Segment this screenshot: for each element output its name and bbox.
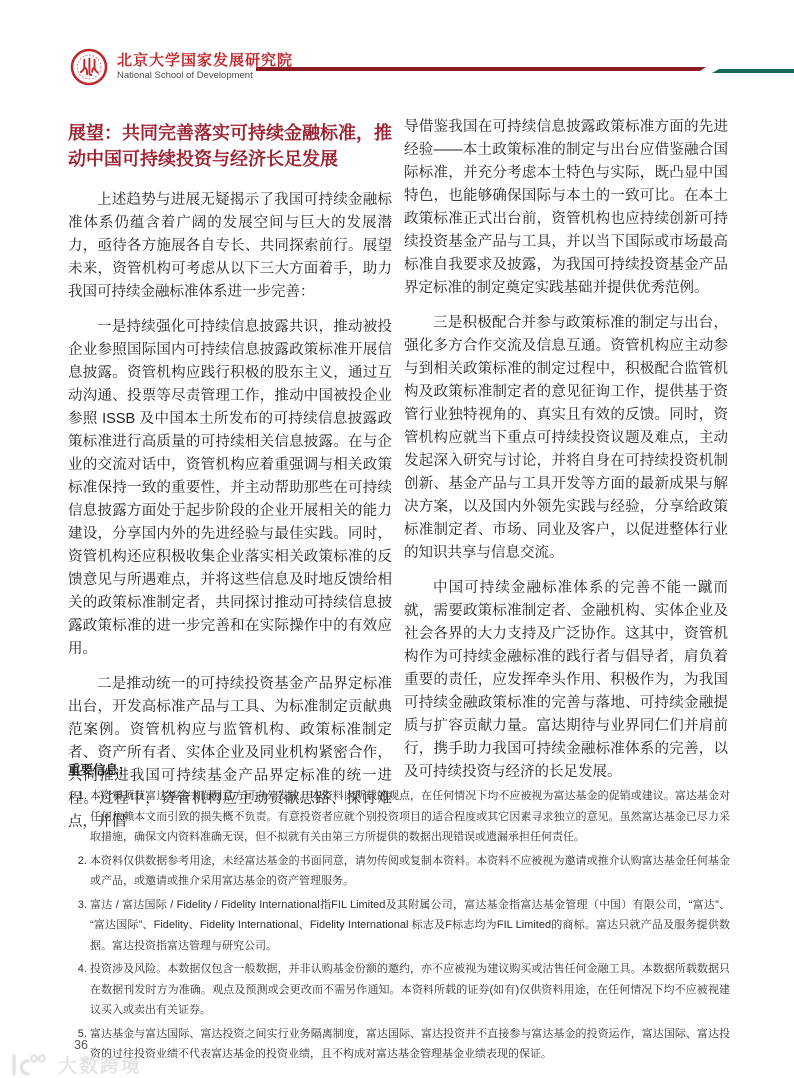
- header-rule-red: [256, 67, 706, 71]
- right-column: 导借鉴我国在可持续信息披露政策标准方面的先进经验——本土政策标准的制定与出台应借…: [404, 116, 728, 846]
- pku-seal-icon: [70, 48, 108, 86]
- paragraph: 一是持续强化可持续信息披露共识，推动被投企业参照国际国内可持续信息披露政策标准开…: [68, 316, 392, 661]
- paragraph: 三是积极配合并参与政策标准的制定与出台，强化多方合作交流及信息互通。资管机构应主…: [404, 312, 728, 565]
- disclaimer-item: 投资涉及风险。本数据仅包含一般数据，并非认购基金份额的邀约，亦不应被视为建议购买…: [90, 959, 730, 1021]
- disclaimer-item: 本资料仅供数据参考用途，未经富达基金的书面同意，请勿传阅或复制本资料。本资料不应…: [90, 851, 730, 892]
- org-name-cn: 北京大学国家发展研究院: [117, 52, 293, 69]
- org-name-en: National School of Development: [117, 70, 293, 82]
- paragraph: 导借鉴我国在可持续信息披露政策标准方面的先进经验——本土政策标准的制定与出台应借…: [404, 116, 728, 300]
- disclaimer-item: 本资料须获富达基金书面同意方可向外发放。本资料内所载的观点，在任何情况下均不应被…: [90, 786, 730, 848]
- important-info-section: 重要信息： 本资料须获富达基金书面同意方可向外发放。本资料内所载的观点，在任何情…: [68, 760, 730, 1068]
- dashu-kuajing-logo-icon: [8, 1053, 52, 1077]
- important-info-heading: 重要信息：: [68, 760, 730, 778]
- article-title: 展望：共同完善落实可持续金融标准，推动中国可持续投资与经济长足发展: [68, 120, 392, 172]
- paragraph: 中国可持续金融标准体系的完善不能一蹴而就，需要政策标准制定者、金融机构、实体企业…: [404, 577, 728, 784]
- page-number: 36: [74, 1038, 88, 1052]
- watermark-text: 大数跨境: [58, 1051, 142, 1078]
- disclaimer-item: 富达基金与富达国际、富达投资之间实行业务隔离制度，富达国际、富达投资并不直接参与…: [90, 1024, 730, 1065]
- document-page: 北京大学国家发展研究院 National School of Developme…: [0, 0, 794, 1078]
- article-columns: 展望：共同完善落实可持续金融标准，推动中国可持续投资与经济长足发展 上述趋势与进…: [68, 116, 728, 846]
- disclaimer-item: 富达 / 富达国际 / Fidelity / Fidelity Internat…: [90, 895, 730, 957]
- disclaimer-list: 本资料须获富达基金书面同意方可向外发放。本资料内所载的观点，在任何情况下均不应被…: [68, 786, 730, 1065]
- left-column: 展望：共同完善落实可持续金融标准，推动中国可持续投资与经济长足发展 上述趋势与进…: [68, 116, 392, 846]
- header-rule-green: [712, 69, 794, 73]
- watermark: 大数跨境: [8, 1051, 142, 1078]
- paragraph: 上述趋势与进展无疑揭示了我国可持续金融标准体系仍蕴含着广阔的发展空间与巨大的发展…: [68, 189, 392, 304]
